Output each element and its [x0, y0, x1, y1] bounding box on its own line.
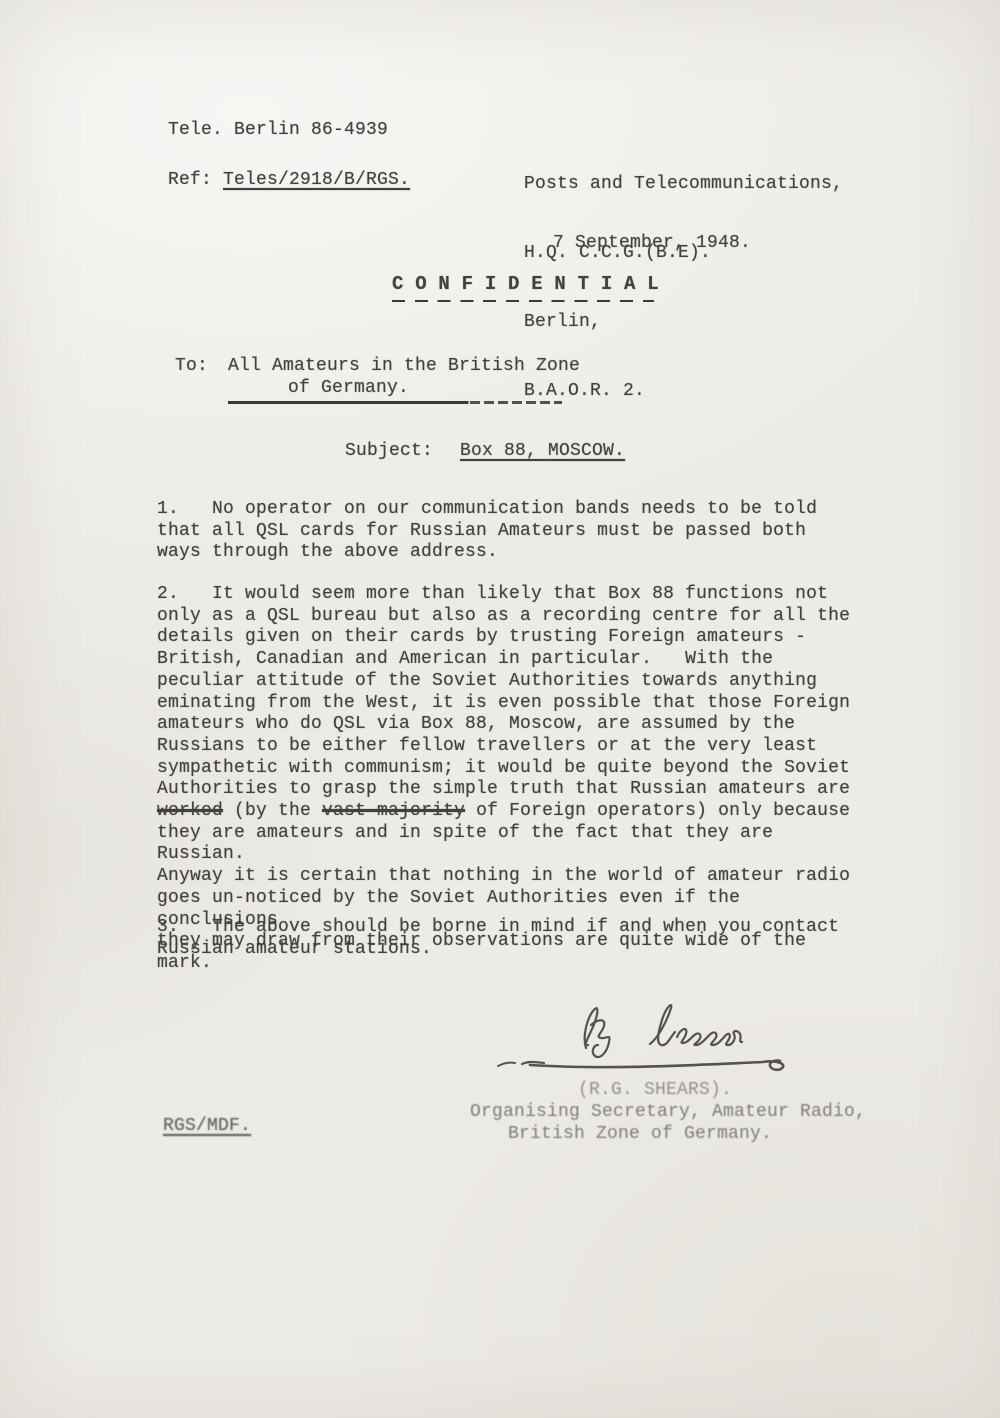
paragraph-2-text: 2. It would seem more than likely that B…	[157, 584, 850, 799]
sender-address-line: B.A.O.R. 2.	[524, 380, 843, 403]
signed-name-typed: (R.G. SHEARS).	[578, 1080, 732, 1102]
to-label: To:	[175, 356, 208, 378]
sender-address-line: Posts and Telecommunications,	[524, 173, 843, 196]
telephone-line: Tele. Berlin 86-4939	[168, 120, 388, 142]
signed-title-line1: Organising Secretary, Amateur Radio,	[470, 1102, 866, 1124]
recipient-underline	[228, 401, 562, 404]
signed-title-line2: British Zone of Germany.	[508, 1124, 772, 1146]
paragraph-3: 3. The above should be borne in mind if …	[157, 917, 867, 960]
reference-value: Teles/2918/B/RGS.	[223, 170, 410, 190]
reference-line: Ref: Teles/2918/B/RGS.	[168, 170, 410, 192]
struck-words-vast-majority: vast majority	[322, 801, 465, 821]
letter-page: Tele. Berlin 86-4939 Ref: Teles/2918/B/R…	[0, 0, 1000, 1418]
paragraph-2-text: (by the	[223, 801, 322, 821]
sender-address-line: Berlin,	[524, 311, 843, 334]
footer-reference: RGS/MDF.	[163, 1116, 251, 1138]
subject-value: Box 88, MOSCOW.	[460, 441, 625, 463]
paragraph-1: 1. No operator on our communication band…	[157, 499, 867, 564]
date-line: 7 September, 1948.	[553, 233, 751, 255]
recipient-line1: All Amateurs in the British Zone	[228, 356, 580, 378]
subject-label: Subject:	[345, 441, 433, 463]
classification-title: C O N F I D E N T I A L	[392, 274, 659, 302]
recipient-line2: of Germany.	[288, 378, 409, 400]
handwritten-signature	[470, 985, 810, 1085]
reference-label: Ref:	[168, 170, 223, 190]
struck-word-worked: worked	[157, 801, 223, 821]
